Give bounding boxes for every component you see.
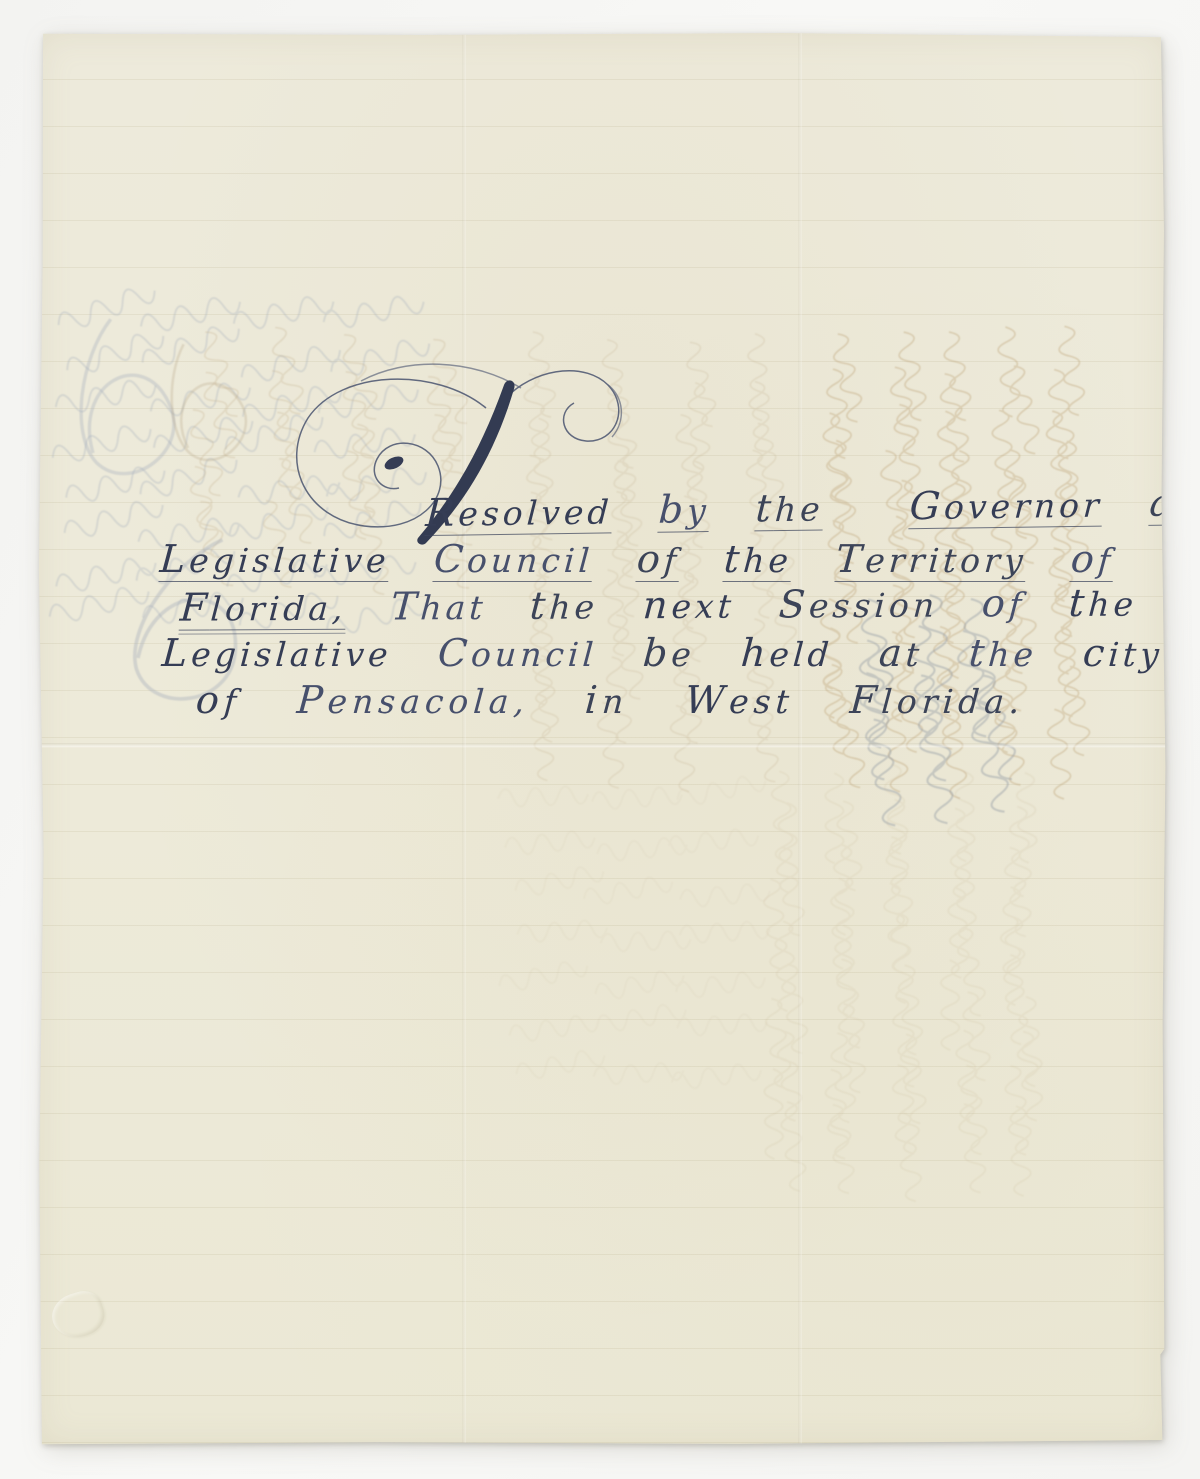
manuscript-text: ResolvedbytheGovernorandLegislativeCounc… [38, 33, 1166, 1445]
word: at [877, 631, 924, 676]
word: Pensacola, [296, 678, 531, 723]
word: and [1148, 480, 1200, 526]
word: of [635, 537, 681, 582]
word: held [739, 631, 834, 676]
word: Florida, [178, 585, 348, 635]
word: Legislative [160, 631, 393, 676]
manuscript-line: ResolvedbytheGovernorand [425, 479, 1200, 536]
word: Governor [909, 482, 1105, 530]
word: of [980, 581, 1026, 626]
manuscript-line: LegislativeCouncilbeheldatthecity [162, 631, 1200, 676]
word: by [657, 487, 711, 533]
manuscript-page: ResolvedbytheGovernorandLegislativeCounc… [38, 33, 1166, 1445]
word: Legislative [158, 537, 391, 582]
word: Council [432, 537, 594, 582]
word: Territory [835, 537, 1029, 582]
word: of [1070, 537, 1116, 582]
word: Florida. [849, 678, 1027, 723]
manuscript-line: Florida,ThatthenextSessionofthe [180, 580, 1182, 634]
word: the [529, 583, 600, 628]
word: That [389, 584, 488, 630]
word: West [683, 678, 795, 723]
word: of [194, 678, 242, 723]
photo-background: ResolvedbytheGovernorandLegislativeCounc… [0, 0, 1200, 1479]
word: city [1082, 631, 1165, 676]
manuscript-line: LegislativeCounciloftheTerritoryof [160, 537, 1158, 582]
word: the [755, 485, 826, 531]
word: next [641, 583, 736, 628]
word: Resolved [424, 488, 613, 536]
paper-shadow-wrap: ResolvedbytheGovernorandLegislativeCounc… [38, 33, 1166, 1445]
word: in [584, 678, 631, 723]
word: be [641, 631, 696, 676]
word: the [1068, 581, 1139, 626]
manuscript-line: ofPensacola,inWestFlorida. [196, 678, 1081, 723]
word: the [967, 631, 1038, 676]
word: Council [436, 631, 598, 676]
word: Session [777, 582, 939, 628]
word: the [723, 537, 794, 582]
